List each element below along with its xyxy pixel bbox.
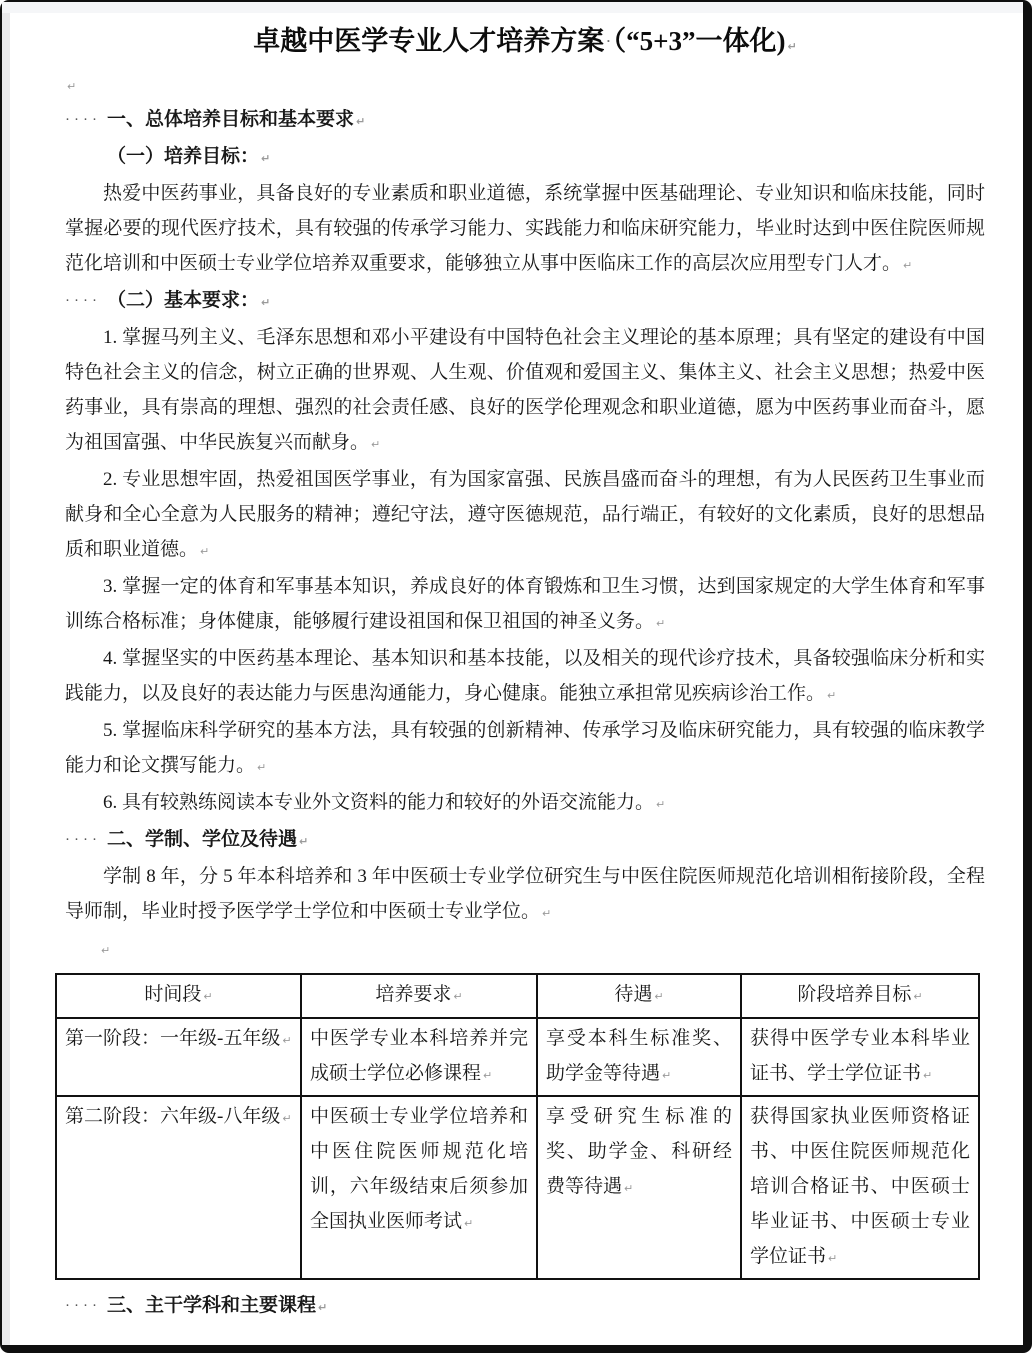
pilcrow-mark: ↵ — [356, 115, 365, 128]
table-cell: 中医硕士专业学位培养和中医住院医师规范化培训，六年级结束后须参加全国执业医师考试… — [301, 1096, 537, 1279]
table-cell: 获得中医学专业本科毕业证书、学士学位证书↵ — [741, 1018, 979, 1096]
pilcrow-mark: ↵ — [656, 617, 665, 630]
pilcrow-mark: ↵ — [903, 259, 912, 272]
pilcrow-mark: ↵ — [827, 689, 836, 702]
space-dots-mark: ···· — [65, 1289, 107, 1324]
document-content: 卓越中医学专业人才培养方案·（“5+3”一体化)↵ ↵ ····一、总体培养目标… — [10, 13, 1023, 1345]
subheading-basic-requirements-text: （二）基本要求： — [107, 290, 259, 311]
pilcrow-mark: ↵ — [464, 1217, 473, 1230]
empty-paragraph: ↵ — [65, 67, 985, 102]
table-row-stage-1: 第一阶段：一年级-五年级↵ 中医学专业本科培养并完成硕士学位必修课程↵ 享受本科… — [56, 1018, 979, 1096]
header-cell-requirements-text: 培养要求 — [375, 984, 451, 1005]
pilcrow-mark: ↵ — [261, 296, 270, 309]
paragraph-training-goal: 热爱中医药事业，具备良好的专业素质和职业道德，系统掌握中医基础理论、专业知识和临… — [65, 176, 985, 283]
pilcrow-mark: ↵ — [542, 907, 551, 920]
table-cell-text: 中医硕士专业学位培养和中医住院医师规范化培训，六年级结束后须参加全国执业医师考试 — [310, 1106, 528, 1232]
numbered-item-5: 5. 掌握临床科学研究的基本方法，具有较强的创新精神、传承学习及临床研究能力，具… — [65, 713, 985, 785]
section-3-heading: ····三、主干学科和主要课程↵ — [65, 1288, 985, 1325]
paragraph-training-goal-text: 热爱中医药事业，具备良好的专业素质和职业道德，系统掌握中医基础理论、专业知识和临… — [65, 183, 985, 274]
table-cell: 享受本科生标准奖、助学金等待遇↵ — [537, 1018, 741, 1096]
header-cell-treatment: 待遇↵ — [537, 974, 741, 1018]
header-cell-stage-goals: 阶段培养目标↵ — [741, 974, 979, 1018]
table-cell: 第二阶段：六年级-八年级↵ — [56, 1096, 301, 1279]
section-1-heading-text: 一、总体培养目标和基本要求 — [107, 109, 354, 130]
pilcrow-mark: ↵ — [257, 761, 266, 774]
stage-table: 时间段↵ 培养要求↵ 待遇↵ 阶段培养目标↵ 第一阶段：一年级-五年级↵ 中医学… — [55, 973, 980, 1280]
doc-title: 卓越中医学专业人才培养方案·（“5+3”一体化)↵ — [65, 23, 985, 65]
pilcrow-mark: ↵ — [656, 798, 665, 811]
header-cell-period: 时间段↵ — [56, 974, 301, 1018]
section-1-heading: ····一、总体培养目标和基本要求↵ — [65, 102, 985, 139]
space-dots-mark: ···· — [65, 284, 107, 319]
pilcrow-mark: ↵ — [662, 1069, 671, 1082]
paragraph-schooling-system-text: 学制 8 年，分 5 年本科培养和 3 年中医硕士专业学位研究生与中医住院医师规… — [65, 866, 985, 922]
table-cell: 享受研究生标准的奖、助学金、科研经费等待遇↵ — [537, 1096, 741, 1279]
table-cell: 中医学专业本科培养并完成硕士学位必修课程↵ — [301, 1018, 537, 1096]
section-3-heading-text: 三、主干学科和主要课程 — [107, 1295, 316, 1316]
table-cell-text: 第一阶段：一年级-五年级 — [65, 1028, 280, 1049]
space-dots-mark: ···· — [65, 103, 107, 138]
table-cell-text: 享受研究生标准的奖、助学金、科研经费等待遇 — [546, 1106, 732, 1197]
space-dot-mark: · — [606, 33, 610, 48]
table-row-stage-2: 第二阶段：六年级-八年级↵ 中医硕士专业学位培养和中医住院医师规范化培训，六年级… — [56, 1096, 979, 1279]
header-cell-stage-goals-text: 阶段培养目标 — [797, 984, 911, 1005]
table-cell: 第一阶段：一年级-五年级↵ — [56, 1018, 301, 1096]
pilcrow-mark: ↵ — [453, 990, 462, 1003]
pilcrow-mark: ↵ — [299, 835, 308, 848]
pilcrow-mark: ↵ — [101, 944, 110, 957]
page-left-strip — [2, 13, 10, 1345]
numbered-item-1-text: 1. 掌握马列主义、毛泽东思想和邓小平建设有中国特色社会主义理论的基本原理；具有… — [65, 327, 985, 453]
section-2-heading: ····二、学制、学位及待遇↵ — [65, 822, 985, 859]
pilcrow-mark: ↵ — [371, 438, 380, 451]
pilcrow-mark: ↵ — [203, 990, 212, 1003]
table-cell-text: 享受本科生标准奖、助学金等待遇 — [546, 1028, 732, 1084]
table-cell-text: 第二阶段：六年级-八年级 — [65, 1106, 280, 1127]
doc-title-paren-text: （“5+3”一体化) — [613, 26, 786, 56]
pilcrow-mark: ↵ — [828, 1252, 837, 1265]
pilcrow-mark: ↵ — [67, 80, 76, 93]
numbered-item-4-text: 4. 掌握坚实的中医药基本理论、基本知识和基本技能，以及相关的现代诊疗技术，具备… — [65, 648, 985, 704]
numbered-item-5-text: 5. 掌握临床科学研究的基本方法，具有较强的创新精神、传承学习及临床研究能力，具… — [65, 720, 985, 776]
subheading-training-goal-text: （一）培养目标： — [107, 146, 259, 167]
page-top-strip — [2, 2, 1023, 13]
pilcrow-mark: ↵ — [282, 1034, 291, 1047]
header-cell-treatment-text: 待遇 — [614, 984, 652, 1005]
table-cell-text: 获得中医学专业本科毕业证书、学士学位证书 — [750, 1028, 970, 1084]
numbered-item-3: 3. 掌握一定的体育和军事基本知识，养成良好的体育锻炼和卫生习惯，达到国家规定的… — [65, 569, 985, 641]
numbered-item-6: 6. 具有较熟练阅读本专业外文资料的能力和较好的外语交流能力。↵ — [65, 785, 985, 822]
header-cell-requirements: 培养要求↵ — [301, 974, 537, 1018]
document-page: 卓越中医学专业人才培养方案·（“5+3”一体化)↵ ↵ ····一、总体培养目标… — [2, 2, 1023, 1345]
numbered-item-2: 2. 专业思想牢固，热爱祖国医学事业，有为国家富强、民族昌盛而奋斗的理想，有为人… — [65, 462, 985, 569]
numbered-item-6-text: 6. 具有较熟练阅读本专业外文资料的能力和较好的外语交流能力。 — [103, 792, 654, 813]
table-header-row: 时间段↵ 培养要求↵ 待遇↵ 阶段培养目标↵ — [56, 974, 979, 1018]
table-cell-text: 获得国家执业医师资格证书、中医住院医师规范化培训合格证书、中医硕士毕业证书、中医… — [750, 1106, 970, 1267]
table-cell: 获得国家执业医师资格证书、中医住院医师规范化培训合格证书、中医硕士毕业证书、中医… — [741, 1096, 979, 1279]
space-dots-mark: ···· — [65, 823, 107, 858]
section-2-heading-text: 二、学制、学位及待遇 — [107, 829, 297, 850]
pilcrow-mark: ↵ — [483, 1069, 492, 1082]
numbered-item-3-text: 3. 掌握一定的体育和军事基本知识，养成良好的体育锻炼和卫生习惯，达到国家规定的… — [65, 576, 985, 632]
pilcrow-mark: ↵ — [913, 990, 922, 1003]
pilcrow-mark: ↵ — [200, 545, 209, 558]
pilcrow-mark: ↵ — [318, 1301, 327, 1314]
pilcrow-mark: ↵ — [788, 40, 797, 53]
numbered-item-1: 1. 掌握马列主义、毛泽东思想和邓小平建设有中国特色社会主义理论的基本原理；具有… — [65, 320, 985, 462]
table-cell-text: 中医学专业本科培养并完成硕士学位必修课程 — [310, 1028, 528, 1084]
paragraph-schooling-system: 学制 8 年，分 5 年本科培养和 3 年中医硕士专业学位研究生与中医住院医师规… — [65, 859, 985, 931]
pilcrow-mark: ↵ — [654, 990, 663, 1003]
pilcrow-mark: ↵ — [282, 1112, 291, 1125]
subheading-basic-requirements: ····（二）基本要求：↵ — [65, 283, 985, 320]
window-frame: 卓越中医学专业人才培养方案·（“5+3”一体化)↵ ↵ ····一、总体培养目标… — [0, 0, 1032, 1353]
empty-paragraph: ↵ — [65, 931, 985, 966]
pilcrow-mark: ↵ — [261, 152, 270, 165]
numbered-item-4: 4. 掌握坚实的中医药基本理论、基本知识和基本技能，以及相关的现代诊疗技术，具备… — [65, 641, 985, 713]
pilcrow-mark: ↵ — [624, 1182, 633, 1195]
doc-title-text: 卓越中医学专业人才培养方案 — [253, 26, 604, 56]
pilcrow-mark: ↵ — [923, 1069, 932, 1082]
subheading-training-goal: （一）培养目标：↵ — [65, 139, 985, 176]
header-cell-period-text: 时间段 — [144, 984, 201, 1005]
